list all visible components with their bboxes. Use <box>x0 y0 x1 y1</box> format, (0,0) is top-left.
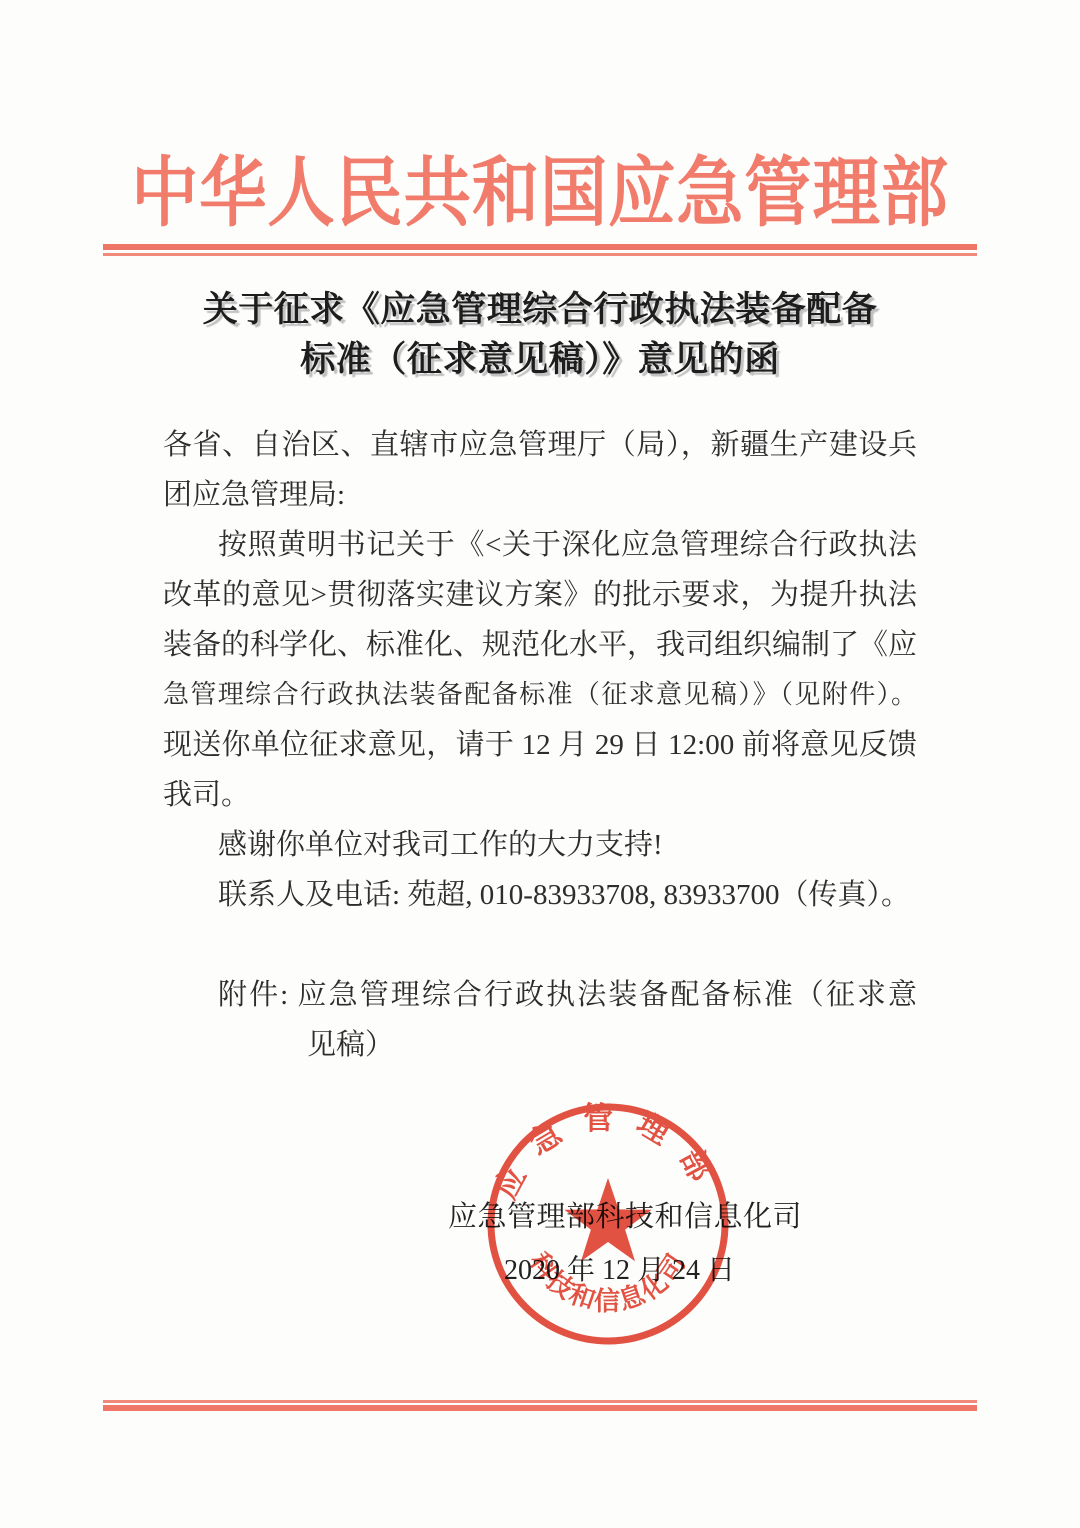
document-title-line2: 标准（征求意见稿）》意见的函 <box>0 335 1080 385</box>
body-line: 我司。 <box>163 770 917 820</box>
seal-bottom-text: 科技和信息化司 <box>524 1248 692 1316</box>
document-title: 关于征求《应急管理综合行政执法装备配备 标准（征求意见稿）》意见的函 <box>0 285 1080 385</box>
salutation-line: 各省、自治区、直辖市应急管理厅（局），新疆生产建设兵 <box>163 420 917 470</box>
official-seal: 应急管理部 科技和信息化司 <box>478 1094 738 1354</box>
separator-thick-line <box>103 244 977 250</box>
attachment-line: 附件: 应急管理综合行政执法装备配备标准（征求意 <box>163 970 917 1020</box>
document-page: 中华人民共和国应急管理部 关于征求《应急管理综合行政执法装备配备 标准（征求意见… <box>0 0 1080 1528</box>
salutation-line: 团应急管理局: <box>163 470 917 520</box>
body-line: 现送你单位征求意见，请于 12 月 29 日 12:00 前将意见反馈 <box>163 720 917 770</box>
body-line: 急管理综合行政执法装备配备标准（征求意见稿）》（见附件）。 <box>163 670 917 720</box>
letterhead-separator <box>103 244 977 256</box>
agency-letterhead: 中华人民共和国应急管理部 <box>62 132 1018 241</box>
body-line: 按照黄明书记关于《<关于深化应急管理综合行政执法 <box>163 520 917 570</box>
body-line: 改革的意见>贯彻落实建议方案》的批示要求，为提升执法 <box>163 570 917 620</box>
separator-thin-line <box>103 1400 977 1403</box>
thanks-line: 感谢你单位对我司工作的大力支持! <box>163 820 917 870</box>
document-title-line1: 关于征求《应急管理综合行政执法装备配备 <box>0 285 1080 335</box>
body-line: 装备的科学化、标准化、规范化水平，我司组织编制了《应 <box>163 620 917 670</box>
separator-thick-line <box>103 1405 977 1411</box>
letter-body: 各省、自治区、直辖市应急管理厅（局），新疆生产建设兵 团应急管理局: 按照黄明书… <box>163 420 917 1070</box>
separator-thin-line <box>103 253 977 256</box>
contact-line: 联系人及电话: 苑超, 010-83933708, 83933700（传真）。 <box>163 870 917 920</box>
attachment-line: 见稿） <box>163 1020 917 1070</box>
footer-separator <box>103 1400 977 1411</box>
seal-star-icon <box>564 1178 651 1261</box>
